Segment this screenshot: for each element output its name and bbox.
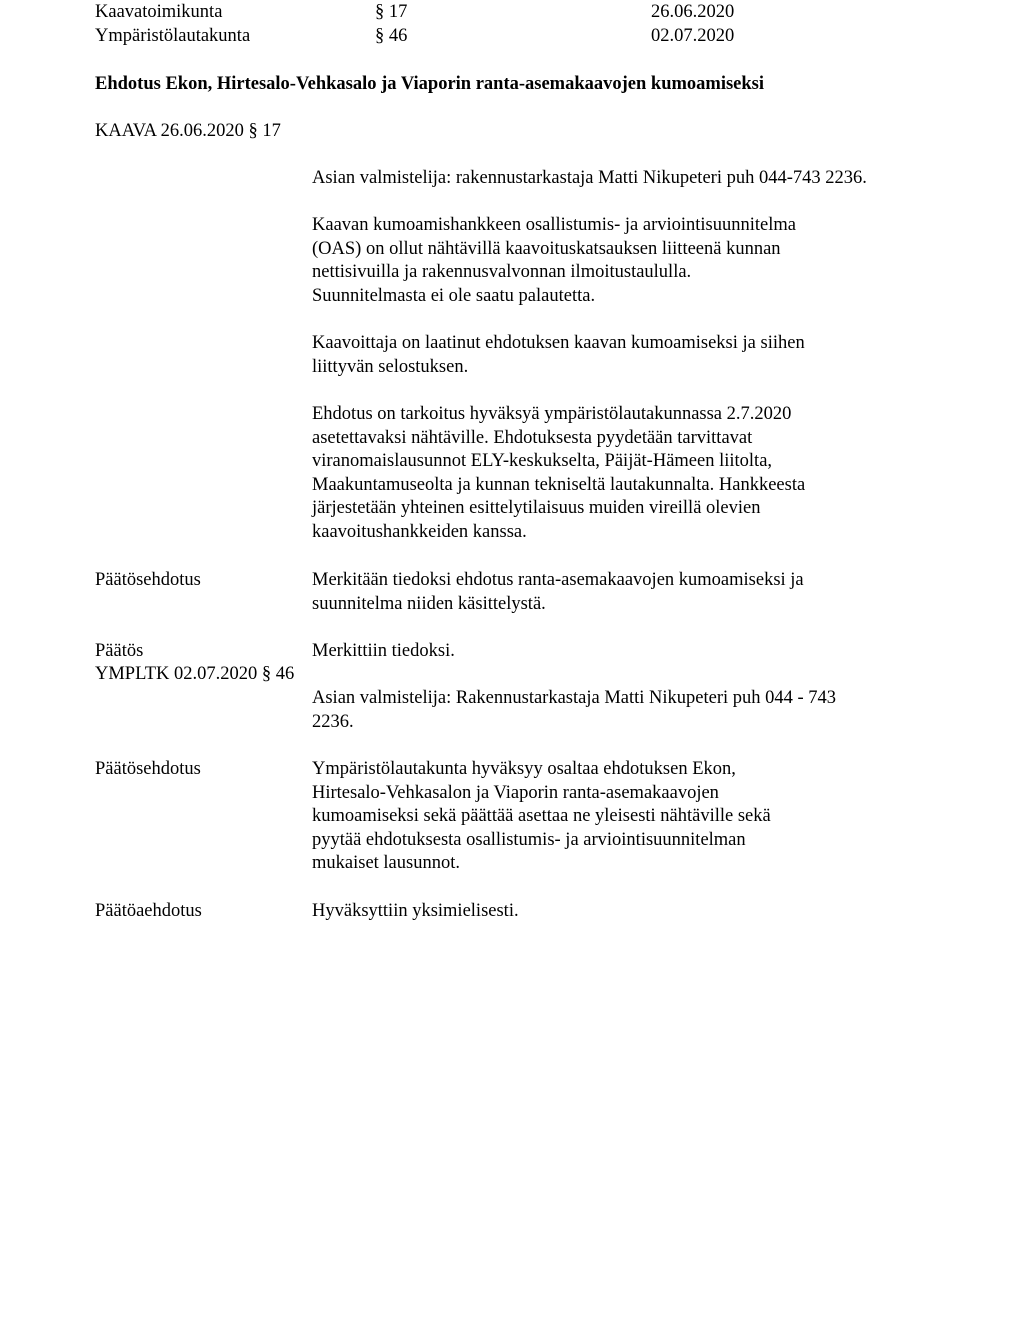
kaava-heading: KAAVA 26.06.2020 § 17 [95, 120, 281, 144]
header-date-2: 02.07.2020 [651, 25, 734, 49]
document-title: Ehdotus Ekon, Hirtesalo-Vehkasalo ja Via… [95, 73, 764, 97]
text-line: pyytää ehdotuksesta osallistumis- ja arv… [312, 829, 912, 853]
text-line: Merkitään tiedoksi ehdotus ranta-asemaka… [312, 569, 912, 593]
text-line: Kaavan kumoamishankkeen osallistumis- ja… [312, 214, 912, 238]
ymp-preparer: Asian valmistelija: Rakennustarkastaja M… [312, 687, 912, 734]
ymp-decision-label: Päätöaehdotus [95, 900, 202, 924]
kaava-proposal: Merkitään tiedoksi ehdotus ranta-asemaka… [312, 569, 912, 616]
header-date-1: 26.06.2020 [651, 1, 734, 25]
text-line: Asian valmistelija: Rakennustarkastaja M… [312, 687, 912, 711]
text-line: Hirtesalo-Vehkasalon ja Viaporin ranta-a… [312, 782, 912, 806]
text-line: (OAS) on ollut nähtävillä kaavoituskatsa… [312, 238, 912, 262]
ymp-decision: Hyväksyttiin yksimielisesti. [312, 900, 519, 924]
text-line: nettisivuilla ja rakennusvalvonnan ilmoi… [312, 261, 912, 285]
text-line: suunnitelma niiden käsittelystä. [312, 593, 912, 617]
text-line: kumoamiseksi sekä päättää asettaa ne yle… [312, 805, 912, 829]
header-body-1: Kaavatoimikunta [95, 1, 222, 25]
text-line: viranomaislausunnot ELY-keskukselta, Päi… [312, 450, 912, 474]
kaava-paragraph-2: Kaavoittaja on laatinut ehdotuksen kaava… [312, 332, 912, 379]
ymp-proposal: Ympäristölautakunta hyväksyy osaltaa ehd… [312, 758, 912, 876]
kaava-paragraph-1: Kaavan kumoamishankkeen osallistumis- ja… [312, 214, 912, 308]
text-line: Suunnitelmasta ei ole saatu palautetta. [312, 285, 912, 309]
header-section-1: § 17 [375, 1, 407, 25]
kaava-decision-label: Päätös [95, 640, 143, 664]
text-line: järjestetään yhteinen esittelytilaisuus … [312, 497, 912, 521]
header-body-2: Ympäristölautakunta [95, 25, 250, 49]
kaava-proposal-label: Päätösehdotus [95, 569, 201, 593]
text-line: 2236. [312, 711, 912, 735]
text-line: liittyvän selostuksen. [312, 356, 912, 380]
text-line: Maakuntamuseolta ja kunnan tekniseltä la… [312, 474, 912, 498]
kaava-decision: Merkittiin tiedoksi. [312, 640, 455, 664]
kaava-paragraph-3: Ehdotus on tarkoitus hyväksyä ympäristöl… [312, 403, 912, 544]
text-line: asetettavaksi nähtäville. Ehdotuksesta p… [312, 427, 912, 451]
kaava-preparer: Asian valmistelija: rakennustarkastaja M… [312, 167, 867, 191]
ymp-proposal-label: Päätösehdotus [95, 758, 201, 782]
text-line: Kaavoittaja on laatinut ehdotuksen kaava… [312, 332, 912, 356]
header-section-2: § 46 [375, 25, 407, 49]
text-line: Ympäristölautakunta hyväksyy osaltaa ehd… [312, 758, 912, 782]
text-line: mukaiset lausunnot. [312, 852, 912, 876]
ymp-heading: YMPLTK 02.07.2020 § 46 [95, 663, 294, 687]
text-line: Ehdotus on tarkoitus hyväksyä ympäristöl… [312, 403, 912, 427]
text-line: kaavoitushankkeiden kanssa. [312, 521, 912, 545]
